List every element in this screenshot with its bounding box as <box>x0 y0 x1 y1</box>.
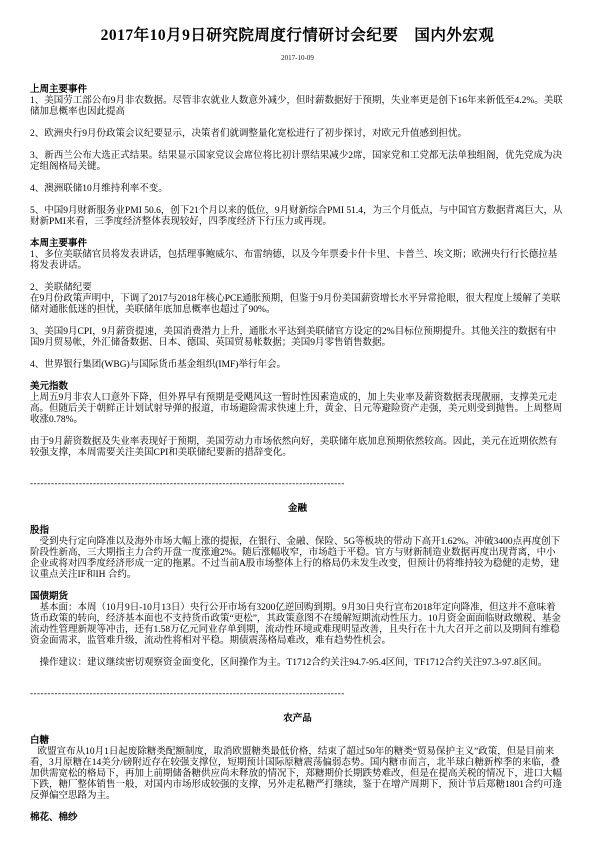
last-week-item-3: 3、新西兰公布大选正式结果。结果显示国家党议会席位将比初计票结果减少2席，国家党… <box>30 151 565 173</box>
this-week-heading: 本周主要事件 <box>30 239 565 250</box>
treasury-futures-para-2: 操作建议：建议继续密切观察资金面变化，区间操作为主。T1712合约关注94.7-… <box>30 658 565 669</box>
doc-date: 2017-10-09 <box>30 54 565 63</box>
agriculture-section-title: 农产品 <box>30 714 565 725</box>
sugar-heading: 白糖 <box>30 736 565 747</box>
last-week-item-5: 5、中国9月财新服务业PMI 50.6，创下21个月以来的低位，9月财新综合PM… <box>30 206 565 228</box>
treasury-futures-heading: 国债期货 <box>30 592 565 603</box>
last-week-item-2: 2、欧洲央行9月份政策会议纪要显示，决策者们就调整量化宽松进行了初步探讨，对欧元… <box>30 129 565 140</box>
section-divider: ----------------------------------------… <box>30 479 565 488</box>
stock-index-para: 受到央行定向降准以及海外市场大幅上涨的提振，在银行、金融、保险、5G等板块的带动… <box>30 537 565 581</box>
page-title: 2017年10月9日研究院周度行情研讨会纪要 国内外宏观 <box>30 26 565 46</box>
last-week-item-1: 1、美国劳工部公布9月非农数据。尽管非农就业人数意外减少，但时薪数据好于预期，失… <box>30 96 565 118</box>
finance-section-title: 金融 <box>30 504 565 515</box>
document-page: 2017年10月9日研究院周度行情研讨会纪要 国内外宏观 2017-10-09 … <box>0 0 595 842</box>
dollar-index-heading: 美元指数 <box>30 382 565 393</box>
this-week-item-2-body: 在9月份政策声明中，下调了2017与2018年核心PCE通胀预期，但鉴于9月份美… <box>30 294 565 316</box>
stock-index-heading: 股指 <box>30 526 565 537</box>
this-week-item-3: 3、美国9月CPI，9月薪资提速，美国消费潜力上升，通胀水平达到美联储官方设定的… <box>30 327 565 349</box>
this-week-item-4: 4、世界银行集团(WBG)与国际货币基金组织(IMF)举行年会。 <box>30 360 565 371</box>
cotton-heading: 棉花、棉纱 <box>30 813 565 824</box>
this-week-item-2-title: 2、美联储纪要 <box>30 283 565 294</box>
last-week-item-4: 4、澳洲联储10月维持利率不变。 <box>30 184 565 195</box>
section-divider: ----------------------------------------… <box>30 689 565 698</box>
treasury-futures-para-1: 基本面：本周（10月9日-10月13日）央行公开市场有3200亿逆回购到期。9月… <box>30 603 565 647</box>
this-week-item-1: 1、多位美联储官员将发表讲话，包括理事鲍威尔、布雷纳德，以及今年票委卡什卡里、卡… <box>30 250 565 272</box>
last-week-heading: 上周主要事件 <box>30 85 565 96</box>
sugar-para: 欧盟宣布从10月1日起废除糖类配额制度，取消欧盟糖类最低价格，结束了超过50年的… <box>30 747 565 802</box>
dollar-index-para-1: 上周五9月非农人口意外下降，但外界早有预期是受飓风这一暂时性因素造成的，加上失业… <box>30 393 565 426</box>
dollar-index-para-2: 由于9月薪资数据及失业率表现好于预期，美国劳动力市场依然向好，美联储年底加息预期… <box>30 437 565 459</box>
